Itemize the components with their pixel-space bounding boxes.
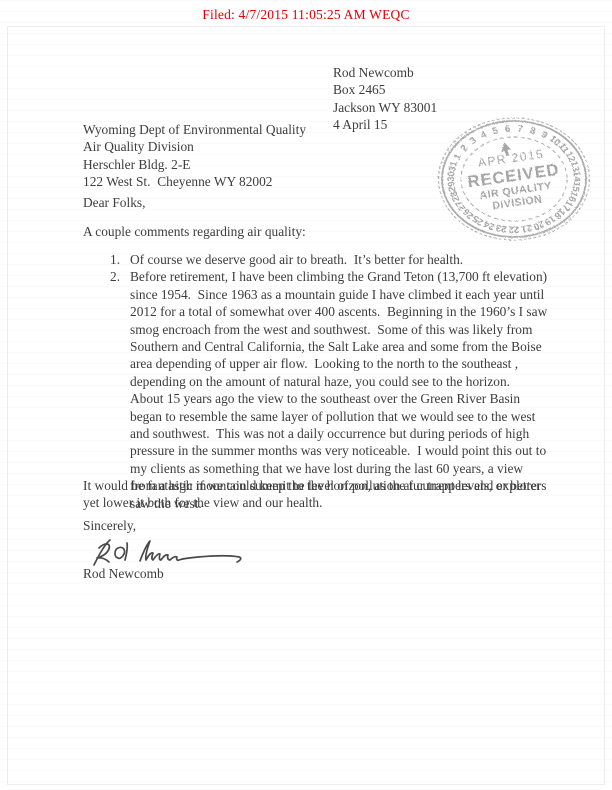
list-item: 2. Before retirement, I have been climbi… [110, 268, 548, 512]
stamp-day-number: 5 [491, 125, 500, 137]
letter-date: 4 April 15 [333, 116, 437, 133]
list-item-text: Of course we deserve good air to breath.… [130, 251, 548, 268]
recipient-building: Herschler Bldg. 2-E [83, 156, 306, 173]
stamp-day-number: 22 [509, 223, 520, 234]
stamp-day-number: 31 [447, 159, 460, 173]
stamp-day-number: 6 [504, 124, 510, 135]
comments-list: 1. Of course we deserve good air to brea… [110, 251, 548, 512]
recipient-address-block: Wyoming Dept of Environmental QualityAir… [83, 121, 306, 191]
filed-stamp-header: Filed: 4/7/2015 11:05:25 AM WEQC [0, 7, 612, 23]
stamp-day-number: 7 [517, 124, 523, 135]
stamp-day-number: 1 [452, 152, 465, 162]
sender-name: Rod Newcomb [333, 64, 437, 81]
recipient-org: Wyoming Dept of Environmental Quality [83, 121, 306, 138]
list-item-number: 1. [110, 251, 130, 268]
closing-paragraph: It would be fantastic if we could keep t… [83, 477, 549, 512]
signature-stroke [97, 544, 109, 562]
stamp-day-number: 8 [529, 125, 537, 137]
received-date-stamp: 1234567891011121314151617181920212223242… [429, 94, 605, 270]
list-item-text: Before retirement, I have been climbing … [130, 268, 548, 512]
stamp-day-number: 21 [520, 222, 533, 235]
stamp-day-number: 23 [495, 222, 508, 235]
salutation: Dear Folks, [83, 194, 145, 211]
recipient-division: Air Quality Division [83, 138, 306, 155]
stamp-day-number: 4 [479, 129, 490, 142]
recipient-street: 122 West St. Cheyenne WY 82002 [83, 173, 306, 190]
sender-city: Jackson WY 83001 [333, 99, 437, 116]
intro-line: A couple comments regarding air quality: [83, 223, 306, 240]
list-item-number: 2. [110, 268, 130, 512]
signature-stroke [115, 543, 127, 560]
stamp-day-number: 2 [459, 143, 471, 154]
list-item: 1. Of course we deserve good air to brea… [110, 251, 548, 268]
sender-address-block: Rod NewcombBox 2465Jackson WY 830014 Apr… [333, 64, 437, 134]
typed-signer-name: Rod Newcomb [83, 565, 164, 582]
stamp-day-number: 3 [468, 135, 479, 147]
sender-box: Box 2465 [333, 81, 437, 98]
signature-stroke [140, 541, 241, 562]
